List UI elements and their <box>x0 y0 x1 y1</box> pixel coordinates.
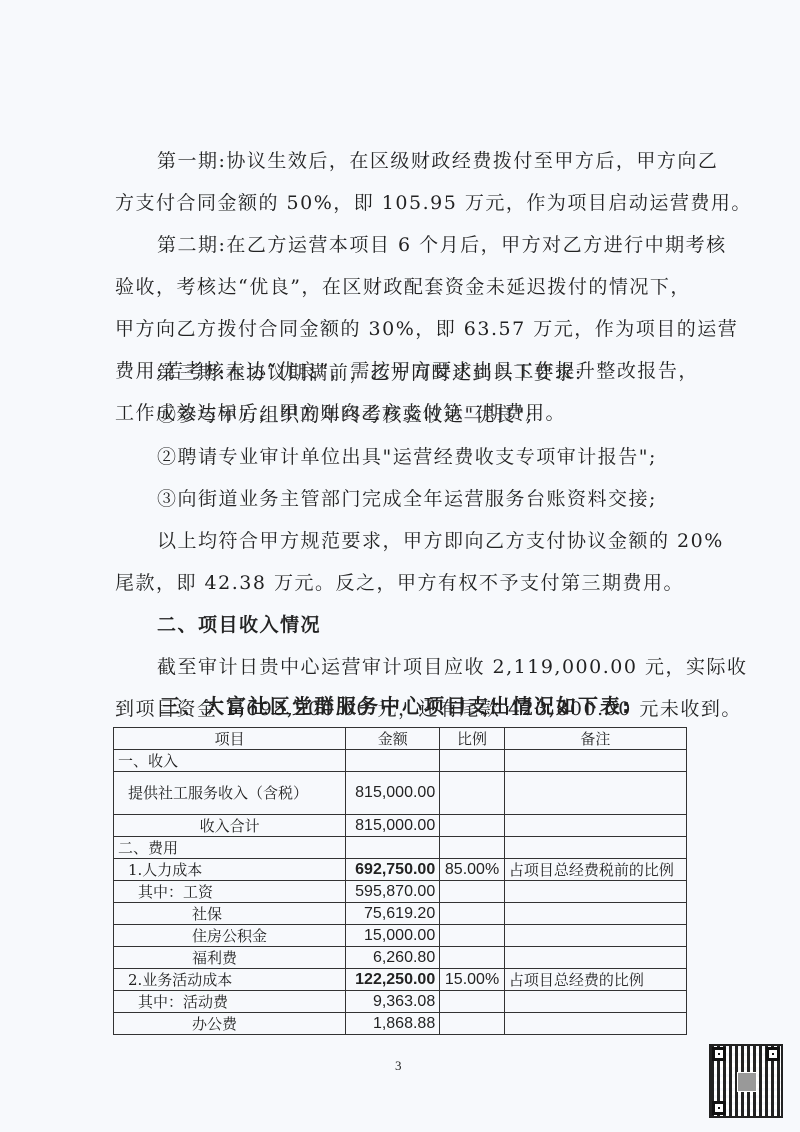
table-row: 福利费 6,260.80 <box>114 947 687 969</box>
cell-note <box>504 991 686 1013</box>
cell-note <box>504 772 686 815</box>
cell-note <box>504 925 686 947</box>
cell-ratio <box>440 750 505 772</box>
cell-amount: 9,363.08 <box>346 991 440 1013</box>
cell-item: 福利费 <box>114 947 346 969</box>
cell-ratio <box>440 772 505 815</box>
qr-center-logo-icon <box>737 1072 757 1092</box>
expense-table: 项目 金额 比例 备注 一、收入 提供社工服务收入（含税） 815,000.00… <box>113 727 687 1035</box>
cell-item: 其中：工资 <box>114 881 346 903</box>
text-line: 第二期:在乙方运营本项目 6 个月后，甲方对乙方进行中期考核 <box>115 224 690 266</box>
table-row: 一、收入 <box>114 750 687 772</box>
cell-ratio <box>440 925 505 947</box>
cell-note <box>504 881 686 903</box>
cell-note <box>504 947 686 969</box>
cell-ratio: 15.00% <box>440 969 505 991</box>
section-heading-income: 二、项目收入情况 <box>115 604 690 646</box>
requirement-item: ①参与甲方组织的年终考核验收达"优良"; <box>115 394 690 436</box>
requirement-item: ②聘请专业审计单位出具"运营经费收支专项审计报告"; <box>115 436 690 478</box>
table-row: 其中：工资 595,870.00 <box>114 881 687 903</box>
qr-finder-icon <box>712 1047 726 1061</box>
cell-amount: 692,750.00 <box>346 859 440 881</box>
document-page: 第一期:协议生效后，在区级财政经费拨付至甲方后，甲方向乙 方支付合同金额的 50… <box>0 0 800 1132</box>
cell-amount: 122,250.00 <box>346 969 440 991</box>
cell-item: 收入合计 <box>114 815 346 837</box>
text-line: 第三期:在协议期满前，乙方同时达到以下要求: <box>115 352 690 394</box>
cell-note: 占项目总经费税前的比例 <box>504 859 686 881</box>
cell-amount: 815,000.00 <box>346 772 440 815</box>
qr-finder-icon <box>766 1047 780 1061</box>
text-line: 尾款，即 42.38 万元。反之，甲方有权不予支付第三期费用。 <box>115 562 690 604</box>
column-header-note: 备注 <box>504 728 686 750</box>
cell-item: 办公费 <box>114 1013 346 1035</box>
table-row: 办公费 1,868.88 <box>114 1013 687 1035</box>
column-header-ratio: 比例 <box>440 728 505 750</box>
cell-ratio <box>440 837 505 859</box>
table-row: 其中：活动费 9,363.08 <box>114 991 687 1013</box>
cell-item: 2.业务活动成本 <box>114 969 346 991</box>
cell-note: 占项目总经费的比例 <box>504 969 686 991</box>
cell-item: 二、费用 <box>114 837 346 859</box>
table-row: 收入合计 815,000.00 <box>114 815 687 837</box>
table-row: 二、费用 <box>114 837 687 859</box>
cell-item: 1.人力成本 <box>114 859 346 881</box>
qr-finder-icon <box>712 1101 726 1115</box>
cell-item: 其中：活动费 <box>114 991 346 1013</box>
page-number: 3 <box>395 1058 402 1074</box>
table-row: 住房公积金 15,000.00 <box>114 925 687 947</box>
cell-amount: 1,868.88 <box>346 1013 440 1035</box>
text-line: 以上均符合甲方规范要求，甲方即向乙方支付协议金额的 20% <box>115 520 690 562</box>
cell-note <box>504 1013 686 1035</box>
table-row: 提供社工服务收入（含税） 815,000.00 <box>114 772 687 815</box>
table-row: 社保 75,619.20 <box>114 903 687 925</box>
paragraph-phase1: 第一期:协议生效后，在区级财政经费拨付至甲方后，甲方向乙 方支付合同金额的 50… <box>115 140 690 224</box>
cell-note <box>504 750 686 772</box>
cell-ratio <box>440 903 505 925</box>
cell-item: 一、收入 <box>114 750 346 772</box>
text-line: 截至审计日贵中心运营审计项目应收 2,119,000.00 元，实际收 <box>115 646 690 688</box>
cell-amount: 6,260.80 <box>346 947 440 969</box>
column-header-item: 项目 <box>114 728 346 750</box>
cell-ratio <box>440 947 505 969</box>
cell-amount <box>346 837 440 859</box>
table-row: 2.业务活动成本 122,250.00 15.00% 占项目总经费的比例 <box>114 969 687 991</box>
section-heading-expenses: 三、大富社区党群服务中心项目支出情况如下表: <box>160 690 632 719</box>
text-line: 第一期:协议生效后，在区级财政经费拨付至甲方后，甲方向乙 <box>115 140 690 182</box>
qr-code-icon <box>709 1044 783 1118</box>
cell-item: 社保 <box>114 903 346 925</box>
cell-ratio <box>440 815 505 837</box>
table-row: 1.人力成本 692,750.00 85.00% 占项目总经费税前的比例 <box>114 859 687 881</box>
cell-note <box>504 815 686 837</box>
cell-note <box>504 837 686 859</box>
cell-amount: 815,000.00 <box>346 815 440 837</box>
cell-ratio <box>440 1013 505 1035</box>
cell-ratio: 85.00% <box>440 859 505 881</box>
table-header-row: 项目 金额 比例 备注 <box>114 728 687 750</box>
paragraph-phase3: 第三期:在协议期满前，乙方同时达到以下要求: ①参与甲方组织的年终考核验收达"优… <box>115 352 690 730</box>
cell-amount: 15,000.00 <box>346 925 440 947</box>
cell-amount: 595,870.00 <box>346 881 440 903</box>
cell-note <box>504 903 686 925</box>
text-line: 验收，考核达“优良”，在区财政配套资金未延迟拨付的情况下， <box>115 266 690 308</box>
cell-ratio <box>440 991 505 1013</box>
column-header-amount: 金额 <box>346 728 440 750</box>
requirement-item: ③向街道业务主管部门完成全年运营服务台账资料交接; <box>115 478 690 520</box>
cell-amount: 75,619.20 <box>346 903 440 925</box>
cell-item: 提供社工服务收入（含税） <box>114 772 346 815</box>
text-line: 方支付合同金额的 50%，即 105.95 万元，作为项目启动运营费用。 <box>115 182 690 224</box>
cell-item: 住房公积金 <box>114 925 346 947</box>
cell-amount <box>346 750 440 772</box>
text-line: 甲方向乙方拨付合同金额的 30%，即 63.57 万元，作为项目的运营 <box>115 308 690 350</box>
cell-ratio <box>440 881 505 903</box>
